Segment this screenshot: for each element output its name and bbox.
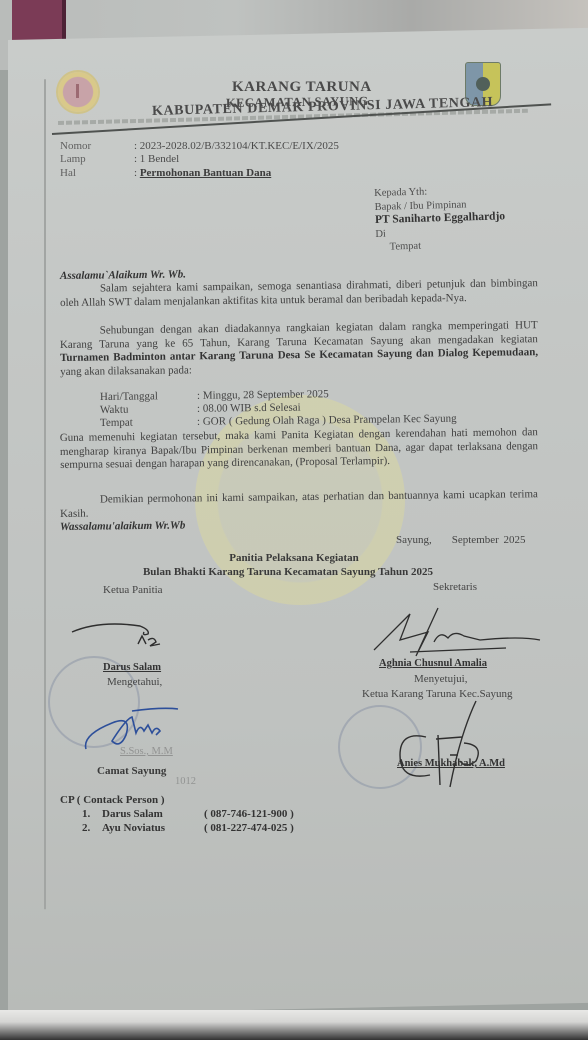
paragraph-2-text: Sehubungan dengan akan diadakannya rangk… bbox=[60, 319, 538, 350]
meta-label: Hal bbox=[60, 167, 134, 179]
contact-name: Ayu Noviatus bbox=[102, 822, 204, 834]
camat-name-faded: S.Sos., M.M bbox=[120, 746, 173, 757]
recipient-block: Kepada Yth: Bapak / Ibu Pimpinan PT Sani… bbox=[374, 183, 506, 254]
meta-label: Lamp bbox=[60, 153, 134, 165]
chair-role: Ketua Panitia bbox=[103, 584, 163, 596]
detail-value: Minggu, 28 September 2025 bbox=[197, 388, 329, 402]
meta-nomor: Nomor: 2023-2028.02/B/332104/KT.KEC/E/IX… bbox=[60, 140, 339, 152]
contact-row: 1.Darus Salam087-746-121-900 bbox=[82, 808, 294, 820]
detail-label: Waktu bbox=[100, 403, 197, 416]
meta-label: Nomor bbox=[60, 140, 134, 152]
date: September 2025 bbox=[452, 534, 526, 546]
meta-value: : 1 Bendel bbox=[134, 153, 179, 165]
place-date: Sayung,September 2025 bbox=[396, 534, 526, 546]
contact-name: Darus Salam bbox=[102, 808, 204, 820]
meta-hal: Hal: Permohonan Bantuan Dana bbox=[60, 167, 271, 179]
contact-persons: CP ( Contack Person ) 1.Darus Salam087-7… bbox=[60, 794, 294, 834]
contact-phone: 087-746-121-900 bbox=[204, 808, 294, 820]
detail-value: 08.00 WIB s.d Selesai bbox=[197, 402, 301, 415]
committee-subtitle: Bulan Bhakti Karang Taruna Kecamatan Say… bbox=[0, 566, 582, 578]
secretary-name: Aghnia Chusnul Amalia bbox=[379, 658, 487, 669]
kt-chair-name: Anies Mukhabak, A.Md bbox=[397, 758, 505, 769]
meta-value: : 2023-2028.02/B/332104/KT.KEC/E/IX/2025 bbox=[134, 140, 339, 152]
letter-document: KARANG TARUNA KECAMATAN SAYUNG KABUPATEN… bbox=[0, 0, 588, 1040]
contact-phone: 081-227-474-025 bbox=[204, 822, 294, 834]
karang-taruna-emblem-icon bbox=[58, 72, 98, 112]
committee-title: Panitia Pelaksana Kegiatan bbox=[0, 552, 588, 564]
meta-lamp: Lamp: 1 Bendel bbox=[60, 153, 179, 165]
kt-chair-signature bbox=[380, 695, 490, 795]
contact-row: 2.Ayu Noviatus081-227-474-025 bbox=[82, 822, 294, 834]
paragraph-1: Salam sejahtera kami sampaikan, semoga s… bbox=[60, 277, 538, 310]
detail-label: Hari/Tanggal bbox=[100, 390, 197, 403]
meta-value-subject: Permohonan Bantuan Dana bbox=[140, 167, 271, 179]
chair-signature bbox=[70, 620, 170, 660]
approved-label: Menyetujui, bbox=[414, 673, 467, 685]
camat-role: Camat Sayung bbox=[97, 765, 166, 777]
paragraph-2-text: yang akan dilaksanakan pada: bbox=[60, 364, 192, 378]
detail-value: GOR ( Gedung Olah Raga ) Desa Prampelan … bbox=[197, 413, 457, 428]
chair-name: Darus Salam bbox=[103, 662, 161, 673]
paragraph-3: Guna memenuhi kegiatan tersebut, maka ka… bbox=[60, 426, 538, 472]
camat-nip-faded: 1012 bbox=[175, 776, 196, 787]
acknowledged-label: Mengetahui, bbox=[107, 676, 162, 688]
secretary-signature bbox=[370, 600, 550, 660]
place: Sayung, bbox=[396, 534, 432, 546]
contact-number: 2. bbox=[82, 822, 102, 834]
contacts-title: CP ( Contack Person ) bbox=[60, 794, 294, 806]
detail-time: Waktu08.00 WIB s.d Selesai bbox=[100, 402, 301, 416]
recipient-line: Tempat bbox=[376, 237, 506, 254]
detail-label: Tempat bbox=[100, 416, 197, 429]
secretary-role: Sekretaris bbox=[433, 581, 477, 593]
paragraph-2: Sehubungan dengan akan diadakannya rangk… bbox=[60, 319, 539, 379]
contact-number: 1. bbox=[82, 808, 102, 820]
